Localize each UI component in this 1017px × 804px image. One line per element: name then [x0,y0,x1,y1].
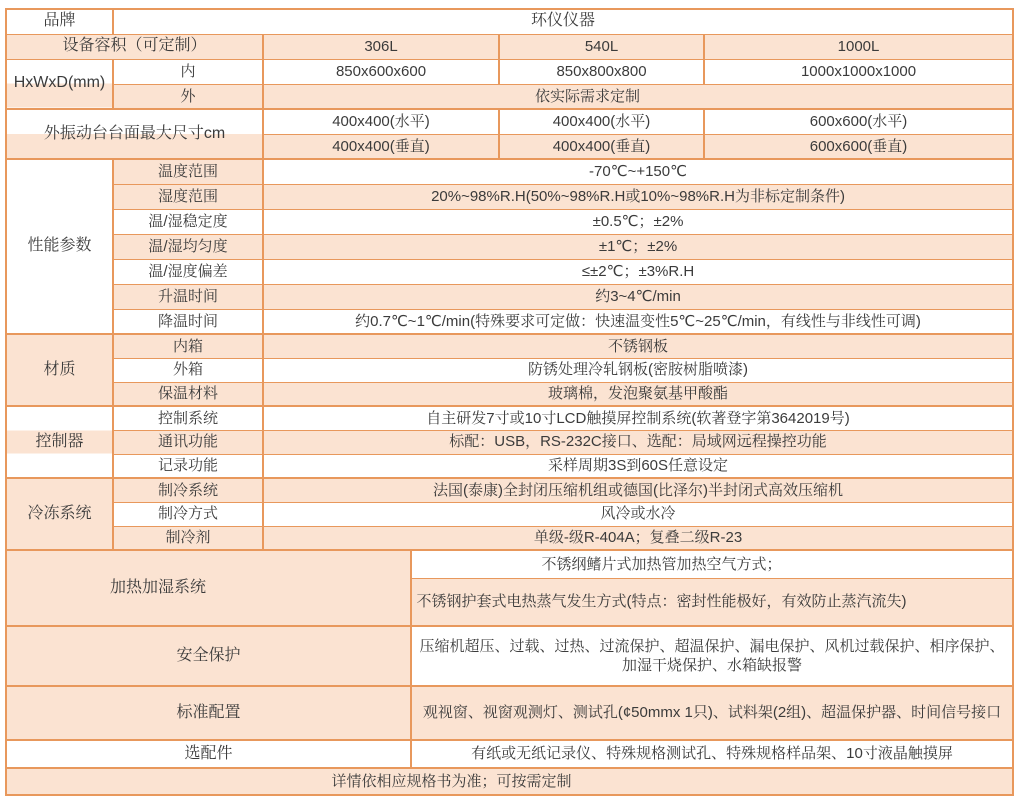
vibration-v-1000l-cell: 600x600(垂直) [704,134,1013,159]
vibration-v-306l-cell: 400x400(垂直) [263,134,499,159]
deviation-label-cell: 温/湿度偏差 [113,259,263,284]
performance-group-cell: 性能参数 [6,159,113,334]
heating-group-cell: 加热加湿系统 [6,550,411,626]
humidity-range-value-cell: 20%~98%R.H(50%~98%R.H或10%~98%R.H为非标定制条件) [263,184,1013,209]
standard-config-value-cell: 观视窗、视窗观测灯、测试孔(¢50mmx 1只)、试料架(2组)、超温保护器、时… [411,686,1013,740]
stability-label-cell: 温/湿稳定度 [113,209,263,234]
comm-function-value-cell: 标配：USB，RS-232C接口、选配：局域网远程操控功能 [263,430,1013,454]
cooldown-time-label-cell: 降温时间 [113,309,263,334]
dims-inner-1000l-cell: 1000x1000x1000 [704,59,1013,84]
vibration-v-540l-cell: 400x400(垂直) [499,134,704,159]
vibration-label-cell: 外振动台台面最大尺寸cm [6,109,263,159]
temp-range-label-cell: 温度范围 [113,159,263,184]
optional-parts-label-cell: 选配件 [6,740,411,768]
heating-steam-value-cell: 不锈钢护套式电热蒸气发生方式(特点：密封性能极好，有效防止蒸汽流失) [411,578,1013,626]
product-spec-table: 品牌 环仪仪器 设备容积（可定制） 306L 540L 1000L HxWxD(… [5,8,1014,796]
standard-config-label-cell: 标准配置 [6,686,411,740]
dims-inner-306l-cell: 850x600x600 [263,59,499,84]
cooling-system-value-cell: 法国(泰康)全封闭压缩机组或德国(比泽尔)半封闭式高效压缩机 [263,478,1013,502]
control-system-value-cell: 自主研发7寸或10寸LCD触摸屏控制系统(软著登字第3642019号) [263,406,1013,430]
brand-value-cell: 环仪仪器 [113,9,1013,34]
refrigerant-label-cell: 制冷剂 [113,526,263,550]
inner-box-label-cell: 内箱 [113,334,263,358]
dims-label-cell: HxWxD(mm) [6,59,113,109]
stability-value-cell: ±0.5℃；±2% [263,209,1013,234]
temp-range-value-cell: -70℃~+150℃ [263,159,1013,184]
volume-label-cell: 设备容积（可定制） [6,34,263,59]
volume-540l-cell: 540L [499,34,704,59]
cooling-method-value-cell: 风冷或水冷 [263,502,1013,526]
vibration-h-1000l-cell: 600x600(水平) [704,109,1013,134]
refrigerant-value-cell: 单级-级R-404A；复叠二级R-23 [263,526,1013,550]
control-system-label-cell: 控制系统 [113,406,263,430]
dims-outer-label-cell: 外 [113,84,263,109]
record-function-value-cell: 采样周期3S到60S任意设定 [263,454,1013,478]
humidity-range-label-cell: 湿度范围 [113,184,263,209]
volume-1000l-cell: 1000L [704,34,1013,59]
refrigeration-group-cell: 冷冻系统 [6,478,113,550]
page: 品牌 环仪仪器 设备容积（可定制） 306L 540L 1000L HxWxD(… [0,0,1017,804]
outer-box-label-cell: 外箱 [113,358,263,382]
insulation-value-cell: 玻璃棉，发泡聚氨基甲酸酯 [263,382,1013,406]
safety-label-cell: 安全保护 [6,626,411,686]
insulation-label-cell: 保温材料 [113,382,263,406]
footer-note-cell: 详情依相应规格书为准；可按需定制 [6,768,1013,795]
heatup-time-value-cell: 约3~4℃/min [263,284,1013,309]
heating-air-value-cell: 不锈纲鳍片式加热管加热空气方式； [411,550,1013,578]
vibration-h-540l-cell: 400x400(水平) [499,109,704,134]
comm-function-label-cell: 通讯功能 [113,430,263,454]
heatup-time-label-cell: 升温时间 [113,284,263,309]
cooldown-time-value-cell: 约0.7℃~1℃/min(特殊要求可定做：快速温变性5℃~25℃/min，有线性… [263,309,1013,334]
dims-outer-value-cell: 依实际需求定制 [263,84,1013,109]
vibration-h-306l-cell: 400x400(水平) [263,109,499,134]
cooling-method-label-cell: 制冷方式 [113,502,263,526]
deviation-value-cell: ≤±2℃；±3%R.H [263,259,1013,284]
brand-label-cell: 品牌 [6,9,113,34]
uniformity-label-cell: 温/湿均匀度 [113,234,263,259]
cooling-system-label-cell: 制冷系统 [113,478,263,502]
safety-value-cell: 压缩机超压、过载、过热、过流保护、超温保护、漏电保护、风机过载保护、相序保护、加… [411,626,1013,686]
uniformity-value-cell: ±1℃；±2% [263,234,1013,259]
material-group-cell: 材质 [6,334,113,406]
outer-box-value-cell: 防锈处理冷轧钢板(密胺树脂喷漆) [263,358,1013,382]
controller-group-cell: 控制器 [6,406,113,478]
volume-306l-cell: 306L [263,34,499,59]
record-function-label-cell: 记录功能 [113,454,263,478]
dims-inner-label-cell: 内 [113,59,263,84]
dims-inner-540l-cell: 850x800x800 [499,59,704,84]
optional-parts-value-cell: 有纸或无纸记录仪、特殊规格测试孔、特殊规格样品架、10寸液晶触摸屏 [411,740,1013,768]
inner-box-value-cell: 不锈钢板 [263,334,1013,358]
